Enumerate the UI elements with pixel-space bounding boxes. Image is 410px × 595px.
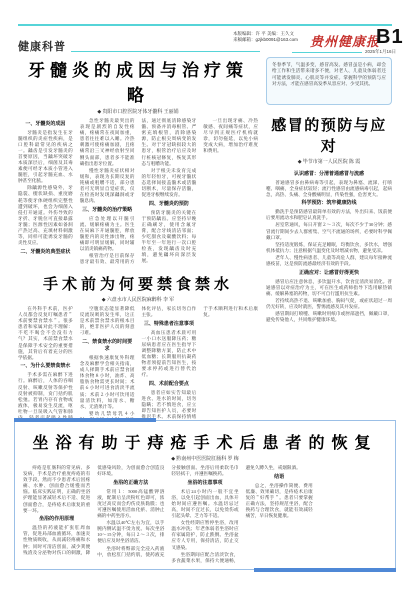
section-subhead: 坐浴的正确方法 <box>97 480 164 487</box>
body-paragraph: 术后24小时内一般不宜坐浴，以免引起创面出血，具体开始时间应遵医嘱。水温切忌过高… <box>171 489 238 519</box>
article-fasting-headline: 手术前为何要禁食禁水 <box>18 273 258 294</box>
article-cold-byline: ◆ 毕节市第一人民医院 陈 霞 <box>266 158 392 165</box>
body-paragraph: 应急处理以开髓引流、缓解疼痛为主。医生在局麻下开通髓腔，释放髓腔内的炎性渗出物，… <box>80 216 135 253</box>
section-subhead: 坐浴的注意事项 <box>171 480 238 487</box>
body-paragraph: 若持续高热不退、咳嗽加重、胸闷气促，或症状超过一周仍无好转，应及时就医，警惕流感… <box>266 298 392 310</box>
body-paragraph: 感冒后应注意休息，多饮温开水，饮食宜清淡易消化。普通感冒以对症治疗为主，可在医生… <box>266 279 392 297</box>
date-text: 2025年1月16日 <box>365 49 396 55</box>
article-fasting-byline: ◆ 六盘水市人民医院麻醉科 李 军 <box>18 296 258 303</box>
body-paragraph: 根据快速康复外科理念及麻醉学会相关指南，成人择期手术前应禁食固体食物８小时，油炸… <box>80 355 135 410</box>
article-pulpitis-headline: 牙髓炎的成因与治疗策略 <box>18 56 258 106</box>
section-title: 健康科普 <box>18 38 66 54</box>
body-paragraph: 水温以40℃左右为宜，以手腕内侧试温不烫为度。每次坐浴10～15分钟，每日２～３… <box>97 520 164 544</box>
body-paragraph: 勤洗手是预防感冒最简单有效的方法，外出归来、饭前便后要用流动水和肥皂认真洗手。 <box>266 209 392 221</box>
staff-info: 本版编辑：许 平 美编：王久文 来稿邮箱：gzjkb0091@163.com <box>233 31 311 43</box>
right-column: 冬春季节，气温多变，感冒高发。感冒虽是小病，却会给工作和生活带来诸多不便，对老人… <box>266 57 392 404</box>
body-paragraph: 除龋源性感染外，牙隐裂、楔状缺损、重度磨耗等使牙体硬组织完整性遭到破坏，也会为细… <box>18 185 73 246</box>
left-column: 牙髓炎的成因与治疗策略 ◆ 贵阳市口腔医院牙体牙髓科 王丽娟 一、牙髓炎的成因牙… <box>18 56 258 434</box>
body-paragraph: 普通感冒多由鼻病毒等引起，表现为鼻塞、流涕、打喷嚏、咽痛，全身症状较轻；流行性感… <box>266 180 392 198</box>
body-paragraph: 总之，坐浴操作简便、费用低廉、效果确切，是痔疮术后康复的＂好帮手＂。患者只要掌握… <box>246 483 313 520</box>
section-subhead: 坐浴的作用原理 <box>23 516 90 523</box>
section-subhead: 正确应对：让感冒好得更快 <box>266 270 392 277</box>
section-subhead: 科学预防：筑牢健康防线 <box>266 200 392 207</box>
page-number: B1 <box>376 26 404 49</box>
body-paragraph: 预防牙髓炎的关键在于预防龋齿。应坚持早晚正确刷牙，使用含氟牙膏，配合牙线清洁邻面… <box>142 210 197 265</box>
body-paragraph: 女性经期应暂停坐浴，改用温水冲洗；年老体弱者坐浴时应有家属陪护，防止跌倒。坐浴盆… <box>171 520 238 550</box>
article-pulpitis: 牙髓炎的成因与治疗策略 ◆ 贵阳市口腔医院牙体牙髓科 王丽娟 一、牙髓炎的成因牙… <box>18 56 258 266</box>
body-paragraph: 急性牙髓炎最突出的表现是剧烈的自发性疼痛，疼痛常在夜间加重，患者往往难以入睡。冷… <box>80 118 135 167</box>
body-paragraph: 慢性牙髓炎症状相对缓和，表现为长期反复的钝痛或咀嚼不适，部分患者可无明显自觉症状… <box>80 168 135 205</box>
body-paragraph: 对于根尖未发育完成的年轻恒牙，可视牙髓状态选择间接盖髓术或活髓切断术，尽量保存活… <box>142 168 197 198</box>
body-paragraph: 在外科手术前，医护人员都会反复叮嘱患者＂术前要禁食禁水＂。很多患者和家属对此不理… <box>18 306 73 361</box>
body-paragraph: 居室常通风，每日开窗２～３次，每次不少于30分钟；感冒流行期间少去人群密集、空气… <box>266 222 392 240</box>
masthead-logo: 贵州健康报 <box>310 31 374 50</box>
body-paragraph: 一旦出现牙痛、冷热敏感、夜间痛等症状，应尽早到正规医疗机构就诊，切勿拖延，以免小… <box>203 118 258 155</box>
section-underline-rule <box>71 51 260 52</box>
article-sitz-body: 痔疮是肛肠科的常见病、多发病，手术是治疗重度痔疮的有效手段。然而不少患者术后因疼… <box>23 465 387 567</box>
section-subhead: 认识感冒：分清普通感冒与流感 <box>266 171 392 178</box>
section-subhead: 四、牙髓炎的预防 <box>142 201 197 208</box>
section-subhead: 二、禁食禁水的时间要求 <box>80 339 135 353</box>
article-pulpitis-body: 一、牙髓炎的成因牙髓炎是指发生在牙髓组织的炎症性疾病，是口腔科最常见的疾病之一。… <box>18 118 258 266</box>
body-paragraph: 空腹状态能显著降低反流误吸的发生率，这正是术前禁食禁水的根本目的，绝非医护人员的… <box>80 306 135 336</box>
newspaper-page: 健康科普 本版编辑：许 平 美编：王久文 来稿邮箱：gzjkb0091@163.… <box>0 0 410 595</box>
section-subhead: 三、牙髓炎的治疗策略 <box>80 207 135 214</box>
article-sitz-byline: ◆ 黔南州中医医院肛肠科 罗 梅 <box>15 455 395 462</box>
section-subhead: 四、术前配合要点 <box>142 381 197 388</box>
section-subhead: 结语 <box>246 474 313 481</box>
box-accent-bottom-right <box>254 568 396 572</box>
body-paragraph: 常用１：5000高锰酸钾溶液，配制后呈淡粉红色即可，浓度过高反而会灼伤皮肤黏膜；… <box>97 489 164 519</box>
section-subhead: 三、特殊患者注意事项 <box>142 321 197 328</box>
top-divider-rule <box>18 24 392 26</box>
article-sitz-box: 坐浴有助于痔疮手术后患者的恢复 ◆ 黔南州中医医院肛肠科 罗 梅 痔疮是肛肠科的… <box>14 420 396 570</box>
dateline: 2025年1月16日 <box>292 49 396 55</box>
body-paragraph: 坚持适度锻炼，保证充足睡眠，均衡饮食，多饮水，增强机体抵抗力；注意根据气温变化及… <box>266 242 392 254</box>
article-sitz-headline: 坐浴有助于痔疮手术后患者的恢复 <box>15 430 395 453</box>
body-paragraph: 老年人、慢性病患者、儿童等高危人群，建议每年接种流感疫苗，这是预防流感最经济有效… <box>266 255 392 267</box>
article-fasting: 手术前为何要禁食禁水 ◆ 六盘水市人民医院麻醉科 李 军 在外科手术前，医护人员… <box>18 273 258 434</box>
box-accent-top-left <box>14 418 156 422</box>
body-paragraph: 痔疮是肛肠科的常见病、多发病，手术是治疗重度痔疮的有效手段。然而不少患者术后因疼… <box>23 465 90 514</box>
body-paragraph: 感冒期间打喷嚏、咳嗽时用纸巾或肘部遮挡，佩戴口罩，避免传染他人，共同维护健康环境… <box>266 311 392 323</box>
body-paragraph: 牙髓炎是指发生在牙髓组织的炎症性疾病，是口腔科最常见的疾病之一。龋齿是引发牙髓炎… <box>18 130 73 185</box>
article-cold-headline: 感冒的预防与应对 <box>266 114 392 156</box>
article-cold-leadbox: 冬春季节，气温多变，感冒高发。感冒虽是小病，却会给工作和生活带来诸多不便，对老人… <box>266 57 392 105</box>
date-rule <box>292 52 362 53</box>
section-subhead: 一、牙髓炎的成因 <box>18 121 73 128</box>
section-block: 健康科普 <box>18 38 260 54</box>
article-cold-body: 认识感冒：分清普通感冒与流感普通感冒多由鼻病毒等引起，表现为鼻塞、流涕、打喷嚏、… <box>266 168 392 404</box>
section-subhead: 二、牙髓炎的典型症状 <box>18 249 73 256</box>
article-fasting-body: 在外科手术前，医护人员都会反复叮嘱患者＂术前要禁食禁水＂。很多患者和家属对此不理… <box>18 306 258 434</box>
email-line: 来稿邮箱：gzjkb0091@163.com <box>233 37 311 43</box>
body-paragraph: 高血压患者术晨可用一小口水送服降压药；糖尿病患者应在医生指导下调整降糖方案，防止… <box>142 330 197 379</box>
article-pulpitis-byline: ◆ 贵阳市口腔医院牙体牙髓科 王丽娟 <box>18 108 258 115</box>
section-subhead: 一、为什么要禁食禁水 <box>18 363 73 370</box>
